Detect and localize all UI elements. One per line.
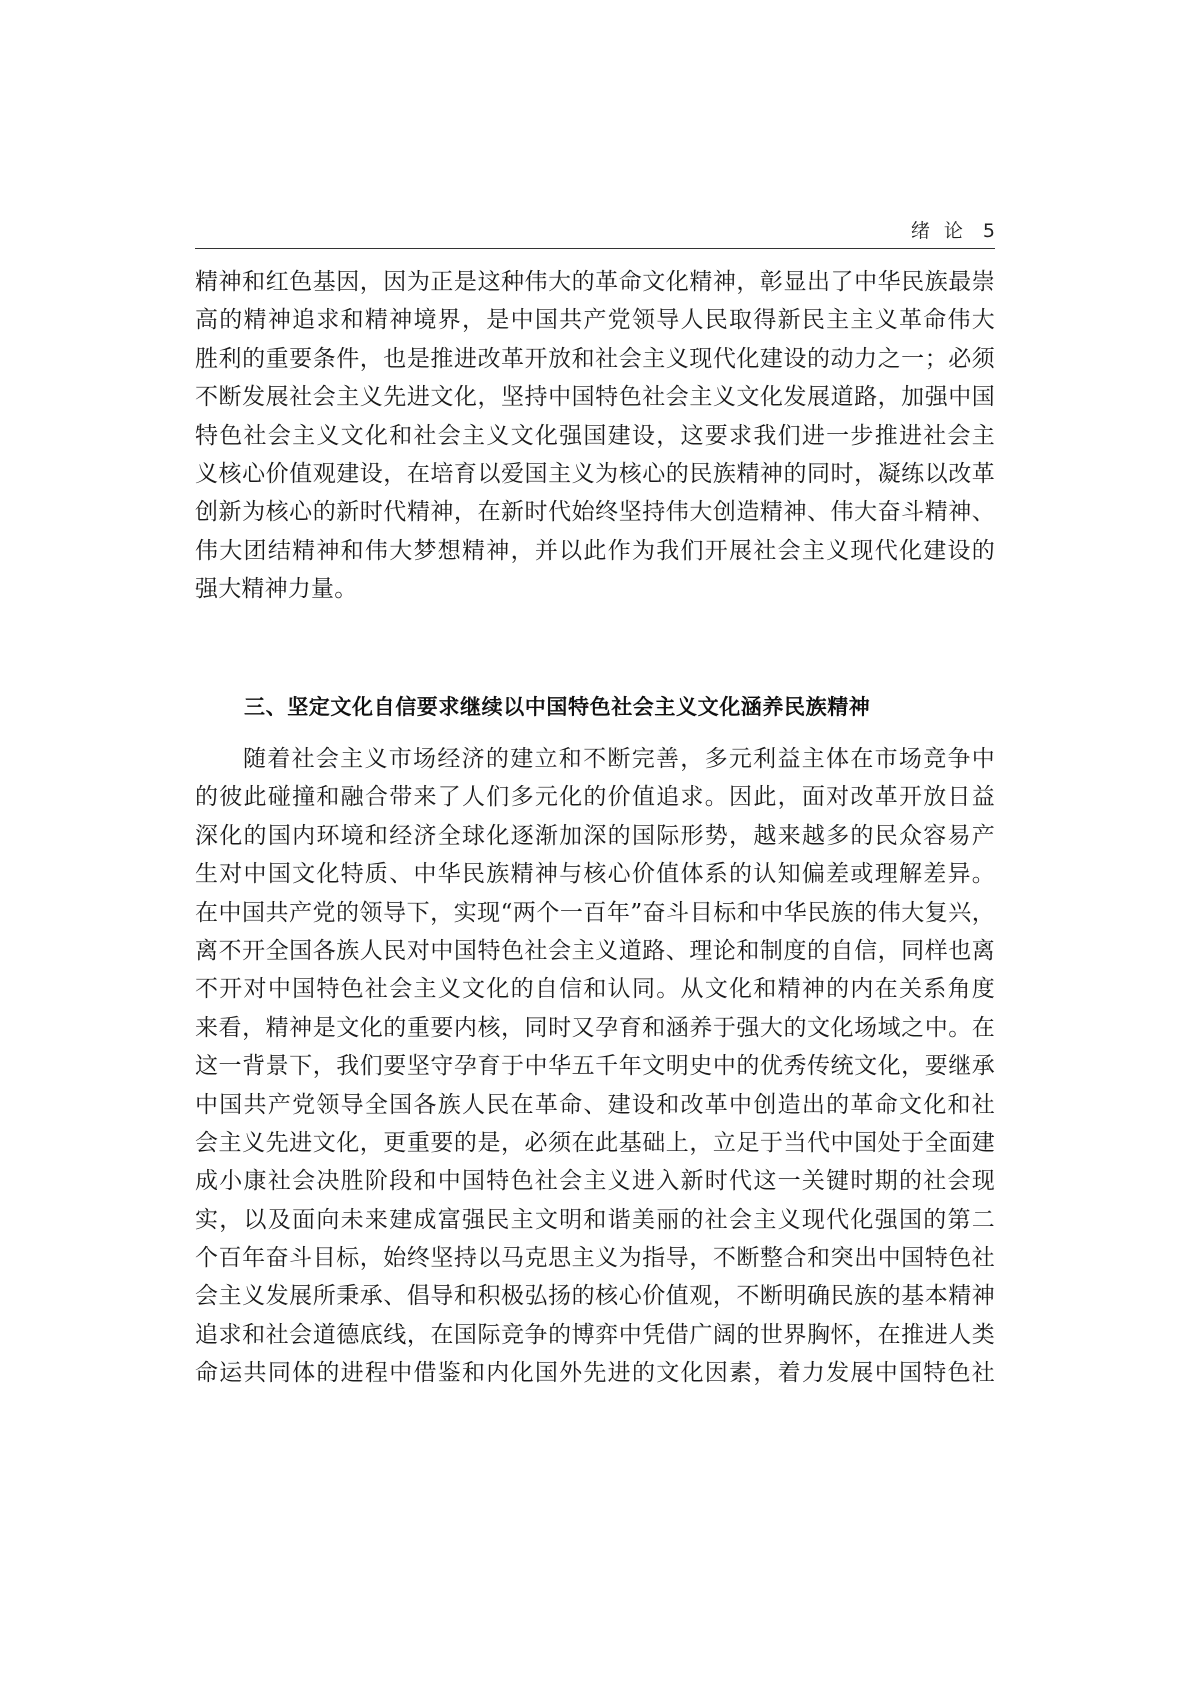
text-line: 会主义先进文化，更重要的是，必须在此基础上，立足于当代中国处于全面建 <box>195 1124 995 1162</box>
text-line: 不断发展社会主义先进文化，坚持中国特色社会主义文化发展道路，加强中国 <box>195 378 995 416</box>
text-line: 的彼此碰撞和融合带来了人们多元化的价值追求。因此，面对改革开放日益 <box>195 778 995 816</box>
text-line: 伟大团结精神和伟大梦想精神，并以此作为我们开展社会主义现代化建设的 <box>195 532 995 570</box>
text-line: 命运共同体的进程中借鉴和内化国外先进的文化因素，着力发展中国特色社 <box>195 1354 995 1392</box>
text-line: 中国共产党领导全国各族人民在革命、建设和改革中创造出的革命文化和社 <box>195 1086 995 1124</box>
text-line: 离不开全国各族人民对中国特色社会主义道路、理论和制度的自信，同样也离 <box>195 932 995 970</box>
text-line: 生对中国文化特质、中华民族精神与核心价值体系的认知偏差或理解差异。 <box>195 855 995 893</box>
text-line: 追求和社会道德底线，在国际竞争的博弈中凭借广阔的世界胸怀，在推进人类 <box>195 1316 995 1354</box>
text-line: 来看，精神是文化的重要内核，同时又孕育和涵养于强大的文化场域之中。在 <box>195 1009 995 1047</box>
paragraph-1: 精神和红色基因，因为正是这种伟大的革命文化精神，彰显出了中华民族最崇 高的精神追… <box>195 263 995 609</box>
text-line: 会主义发展所秉承、倡导和积极弘扬的核心价值观，不断明确民族的基本精神 <box>195 1277 995 1315</box>
section-heading: 三、坚定文化自信要求继续以中国特色社会主义文化涵养民族精神 <box>244 692 870 722</box>
text-line: 高的精神追求和精神境界，是中国共产党领导人民取得新民主主义革命伟大 <box>195 301 995 339</box>
text-line: 这一背景下，我们要坚守孕育于中华五千年文明史中的优秀传统文化，要继承 <box>195 1047 995 1085</box>
text-line: 随着社会主义市场经济的建立和不断完善，多元利益主体在市场竞争中 <box>195 740 995 778</box>
running-head: 绪论5 <box>195 216 995 244</box>
text-line: 个百年奋斗目标，始终坚持以马克思主义为指导，不断整合和突出中国特色社 <box>195 1239 995 1277</box>
text-line: 成小康社会决胜阶段和中国特色社会主义进入新时代这一关键时期的社会现 <box>195 1162 995 1200</box>
text-line: 创新为核心的新时代精神，在新时代始终坚持伟大创造精神、伟大奋斗精神、 <box>195 493 995 531</box>
text-line: 实，以及面向未来建成富强民主文明和谐美丽的社会主义现代化强国的第二 <box>195 1201 995 1239</box>
text-line: 深化的国内环境和经济全球化逐渐加深的国际形势，越来越多的民众容易产 <box>195 817 995 855</box>
paragraph-2: 随着社会主义市场经济的建立和不断完善，多元利益主体在市场竞争中 的彼此碰撞和融合… <box>195 740 995 1393</box>
book-page: 绪论5 精神和红色基因，因为正是这种伟大的革命文化精神，彰显出了中华民族最崇 高… <box>0 0 1190 1684</box>
text-line: 在中国共产党的领导下，实现“两个一百年”奋斗目标和中华民族的伟大复兴， <box>195 894 995 932</box>
text-line: 不开对中国特色社会主义文化的自信和认同。从文化和精神的内在关系角度 <box>195 970 995 1008</box>
header-rule <box>195 248 995 249</box>
text-line: 特色社会主义文化和社会主义文化强国建设，这要求我们进一步推进社会主 <box>195 417 995 455</box>
text-line: 义核心价值观建设，在培育以爱国主义为核心的民族精神的同时，凝练以改革 <box>195 455 995 493</box>
text-line: 强大精神力量。 <box>195 570 995 608</box>
chapter-title: 绪论 <box>911 220 977 242</box>
text-line: 胜利的重要条件，也是推进改革开放和社会主义现代化建设的动力之一；必须 <box>195 340 995 378</box>
page-number: 5 <box>983 220 995 242</box>
text-line: 精神和红色基因，因为正是这种伟大的革命文化精神，彰显出了中华民族最崇 <box>195 263 995 301</box>
